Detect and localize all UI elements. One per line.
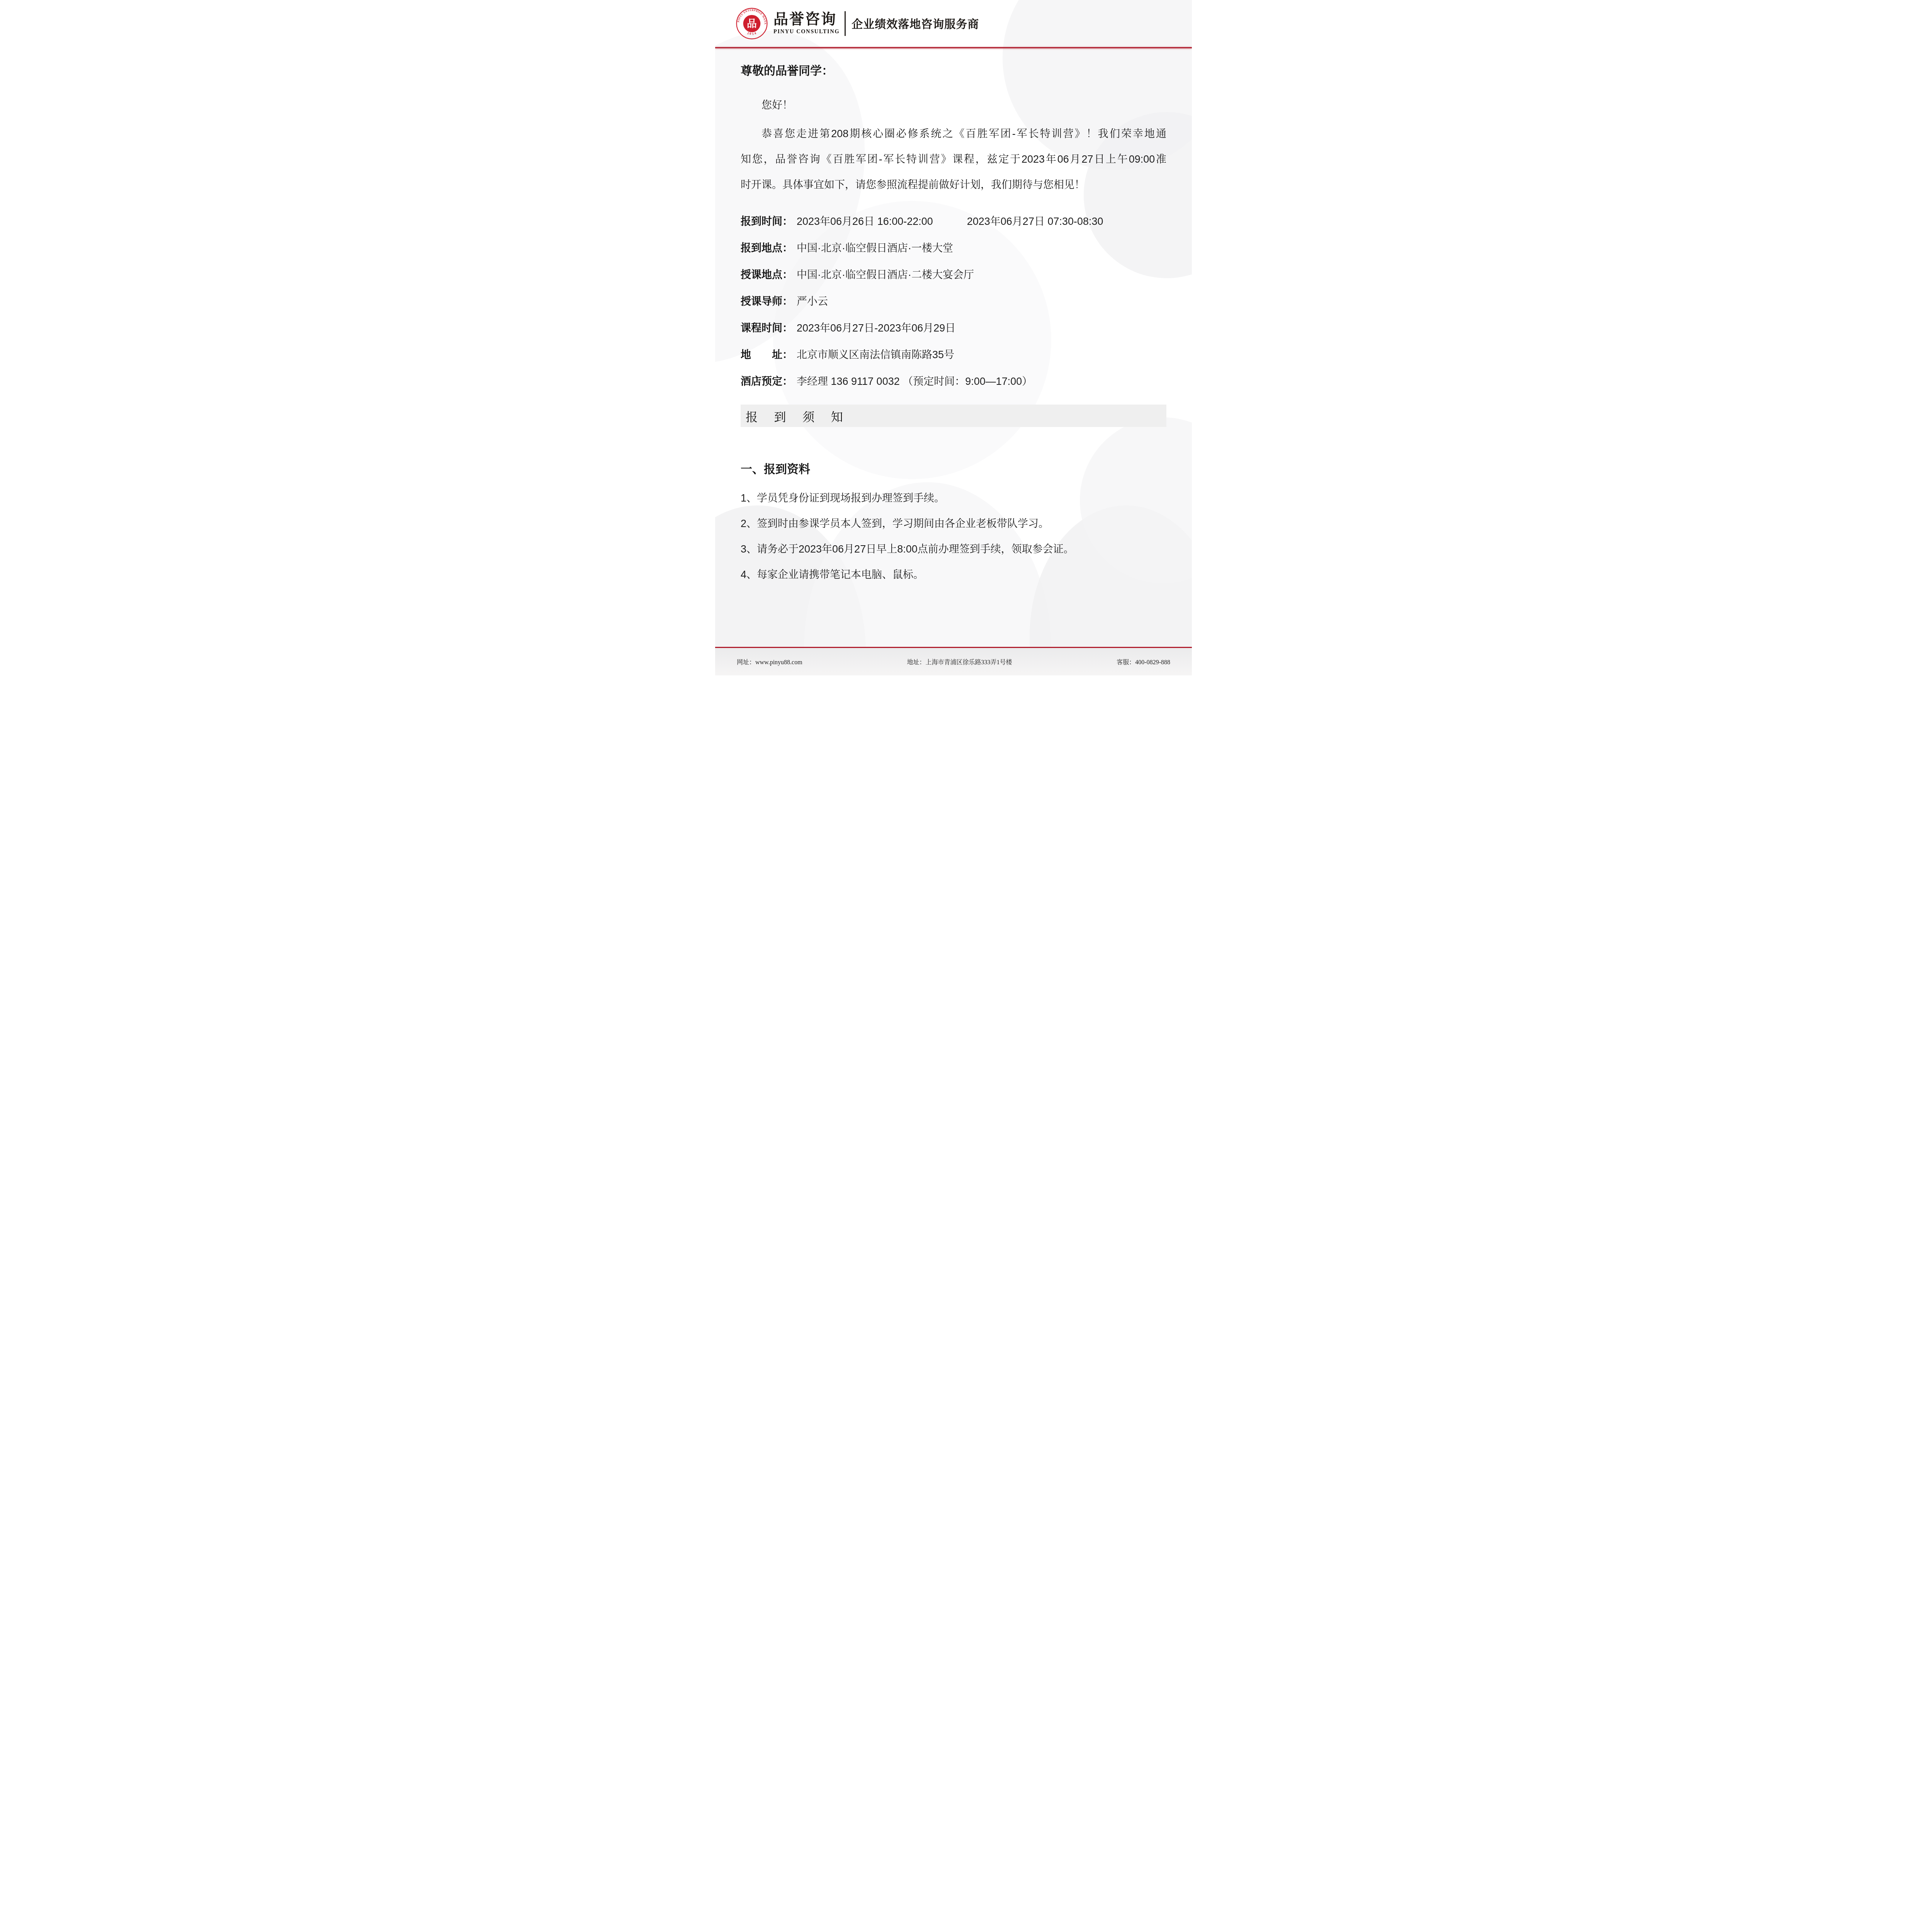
footer-website: 网址：www.pinyu88.com <box>737 657 802 666</box>
info-row-checkin-time: 报到时间： 2023年06月26日 16:00-22:00 2023年06月27… <box>741 214 1166 229</box>
info-value: 李经理 136 9117 0032 （预定时间：9:00—17:00） <box>797 374 1032 389</box>
info-label: 授课地点： <box>741 267 793 282</box>
info-label: 酒店预定： <box>741 374 793 389</box>
info-label: 课程时间： <box>741 320 793 336</box>
paragraph-line: 恭喜您走进第208期核心圈必修系统之《百胜军团-军长特训营》！我们荣幸地通 <box>741 121 1166 146</box>
info-value: 北京市顺义区南法信镇南陈路35号 <box>797 347 954 362</box>
info-row-address: 地 址： 北京市顺义区南法信镇南陈路35号 <box>741 347 1166 362</box>
document-page: PINYU ENTERPRISE MANAGEMENT 2014 品 品誉咨询 … <box>715 0 1192 675</box>
notice-item-list: 1、学员凭身份证到现场报到办理签到手续。 2、签到时由参课学员本人签到，学习期间… <box>741 490 1166 582</box>
notice-item: 4、每家企业请携带笔记本电脑、鼠标。 <box>741 567 1166 582</box>
info-row-checkin-place: 报到地点： 中国·北京·临空假日酒店·一楼大堂 <box>741 240 1166 256</box>
salutation: 尊敬的品誉同学： <box>741 61 1166 78</box>
company-tagline: 企业绩效落地咨询服务商 <box>852 16 979 32</box>
page-footer: 网址：www.pinyu88.com 地址：上海市青浦区徐乐路333弄1号楼 客… <box>715 647 1192 675</box>
info-value: 2023年06月26日 16:00-22:00 <box>797 214 933 229</box>
info-label: 报到时间： <box>741 214 793 229</box>
header-divider <box>845 11 846 36</box>
letterhead: PINYU ENTERPRISE MANAGEMENT 2014 品 品誉咨询 … <box>715 0 1192 47</box>
letter-body: 尊敬的品誉同学： 您好！ 恭喜您走进第208期核心圈必修系统之《百胜军团-军长特… <box>715 61 1192 582</box>
info-row-course-dates: 课程时间： 2023年06月27日-2023年06月29日 <box>741 320 1166 336</box>
info-label: 地 址： <box>741 347 793 362</box>
info-value: 严小云 <box>797 294 828 309</box>
brand-name-english: PINYU CONSULTING <box>773 29 840 35</box>
notice-item: 1、学员凭身份证到现场报到办理签到手续。 <box>741 490 1166 506</box>
info-label: 授课导师： <box>741 294 793 309</box>
info-row-class-place: 授课地点： 中国·北京·临空假日酒店·二楼大宴会厅 <box>741 267 1166 282</box>
notice-item: 2、签到时由参课学员本人签到，学习期间由各企业老板带队学习。 <box>741 516 1166 531</box>
seal-glyph: 品 <box>747 18 757 30</box>
info-value: 中国·北京·临空假日酒店·二楼大宴会厅 <box>797 267 974 282</box>
info-value-secondary: 2023年06月27日 07:30-08:30 <box>967 214 1103 229</box>
brand-block: 品誉咨询 PINYU CONSULTING <box>773 12 840 35</box>
info-label: 报到地点： <box>741 240 793 256</box>
intro-paragraph: 恭喜您走进第208期核心圈必修系统之《百胜军团-军长特训营》！我们荣幸地通 知您… <box>741 121 1166 197</box>
paragraph-line: 时开课。具体事宜如下，请您参照流程提前做好计划，我们期待与您相见！ <box>741 172 1166 197</box>
info-value: 中国·北京·临空假日酒店·一楼大堂 <box>797 240 953 256</box>
info-row-hotel-booking: 酒店预定： 李经理 136 9117 0032 （预定时间：9:00—17:00… <box>741 374 1166 389</box>
footer-address: 地址：上海市青浦区徐乐路333弄1号楼 <box>907 657 1012 666</box>
section-title-checkin-materials: 一、报到资料 <box>741 459 1166 476</box>
notice-item: 3、请务必于2023年06月27日早上8:00点前办理签到手续，领取参会证。 <box>741 541 1166 557</box>
brand-name-chinese: 品誉咨询 <box>773 12 840 27</box>
notice-band-title: 报 到 须 知 <box>741 407 850 425</box>
footer-service-phone: 客服：400-0829-888 <box>1117 657 1170 666</box>
paragraph-line: 知您，品誉咨询《百胜军团-军长特训营》课程，兹定于2023年06月27日上午09… <box>741 146 1166 172</box>
info-value: 2023年06月27日-2023年06月29日 <box>797 320 955 336</box>
pinyu-seal-logo-icon: PINYU ENTERPRISE MANAGEMENT 2014 品 <box>735 7 768 40</box>
greeting: 您好！ <box>741 97 1166 112</box>
info-row-instructor: 授课导师： 严小云 <box>741 294 1166 309</box>
notice-band: 报 到 须 知 <box>741 405 1166 427</box>
header-red-rule <box>715 47 1192 48</box>
course-info-list: 报到时间： 2023年06月26日 16:00-22:00 2023年06月27… <box>741 214 1166 389</box>
